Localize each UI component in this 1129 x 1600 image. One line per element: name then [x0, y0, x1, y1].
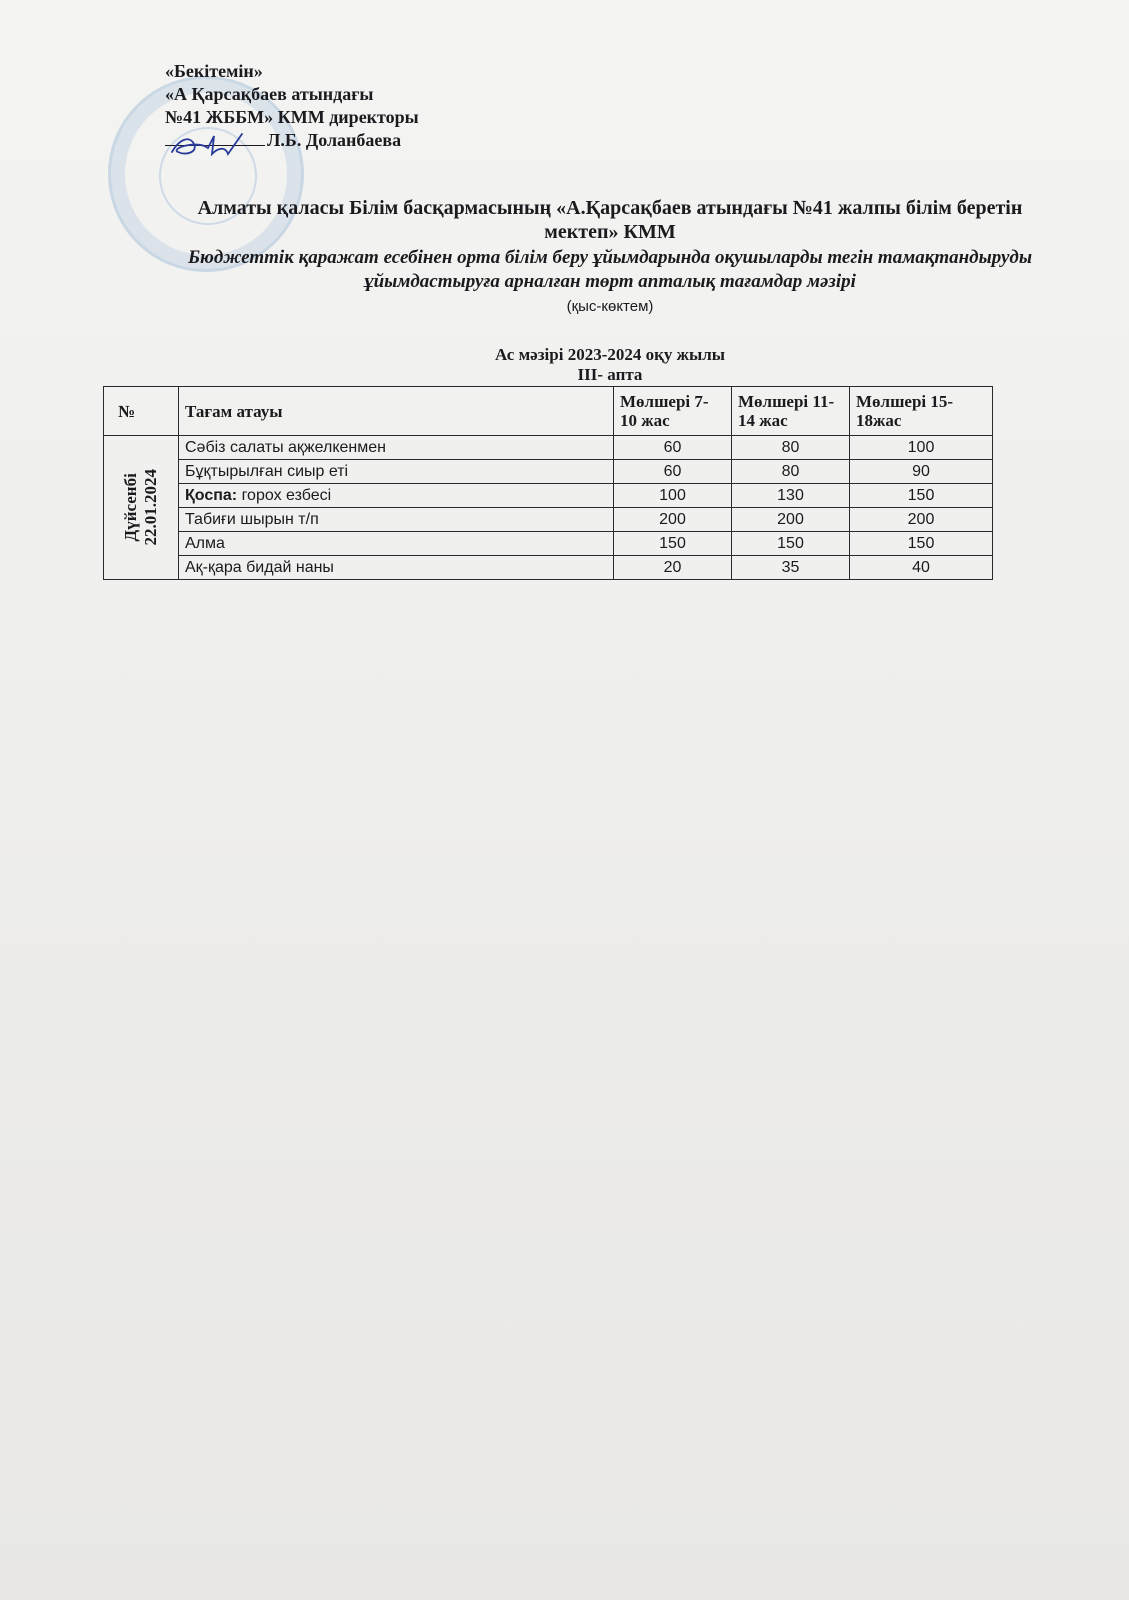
quantity-cell: 200 — [614, 508, 732, 532]
dish-label: Сәбіз салаты ақжелкенмен — [185, 439, 386, 456]
organization-title: Алматы қаласы Білім басқармасының «А.Қар… — [160, 196, 1060, 244]
season-label: (қыс-көктем) — [160, 298, 1060, 315]
day-name: Дүйсенбі — [121, 469, 141, 546]
dish-label: Ақ-қара бидай наны — [185, 559, 334, 576]
table-row: Дүйсенбі22.01.2024Сәбіз салаты ақжелкенм… — [104, 436, 993, 460]
table-row: Бұқтырылған сиыр еті608090 — [104, 460, 993, 484]
dish-name: Бұқтырылған сиыр еті — [179, 460, 614, 484]
dish-name: Қоспа: горох езбесі — [179, 484, 614, 508]
dish-name: Сәбіз салаты ақжелкенмен — [179, 436, 614, 460]
week-label: ІІІ- апта — [300, 365, 920, 385]
table-row: Қоспа: горох езбесі100130150 — [104, 484, 993, 508]
quantity-cell: 60 — [614, 436, 732, 460]
dish-name: Алма — [179, 532, 614, 556]
quantity-cell: 150 — [614, 532, 732, 556]
quantity-cell: 150 — [732, 532, 850, 556]
document-header: Алматы қаласы Білім басқармасының «А.Қар… — [160, 196, 1060, 315]
dish-prefix: Қоспа: — [185, 487, 237, 504]
quantity-cell: 200 — [850, 508, 993, 532]
header-qty-7-10: Мөлшері 7-10 жас — [614, 387, 732, 436]
table-header-row: № Тағам атауы Мөлшері 7-10 жас Мөлшері 1… — [104, 387, 993, 436]
quantity-cell: 150 — [850, 532, 993, 556]
header-num: № — [104, 387, 179, 436]
dish-label: Табиғи шырын т/п — [185, 511, 319, 528]
header-dish: Тағам атауы — [179, 387, 614, 436]
signatory-name: Л.Б. Доланбаева — [267, 130, 401, 150]
quantity-cell: 100 — [614, 484, 732, 508]
header-qty-15-18: Мөлшері 15-18жас — [850, 387, 993, 436]
day-cell: Дүйсенбі22.01.2024 — [104, 436, 179, 580]
dish-label: горох езбесі — [237, 487, 331, 504]
menu-year: Ас мәзірі 2023-2024 оқу жылы — [300, 345, 920, 365]
day-date: 22.01.2024 — [141, 469, 161, 546]
menu-purpose: Бюджеттік қаражат есебінен орта білім бе… — [160, 246, 1060, 294]
quantity-cell: 40 — [850, 556, 993, 580]
menu-table: № Тағам атауы Мөлшері 7-10 жас Мөлшері 1… — [103, 386, 993, 580]
dish-name: Табиғи шырын т/п — [179, 508, 614, 532]
quantity-cell: 130 — [732, 484, 850, 508]
dish-label: Алма — [185, 535, 225, 552]
quantity-cell: 80 — [732, 436, 850, 460]
signature-icon — [168, 130, 258, 160]
dish-label: Бұқтырылған сиыр еті — [185, 463, 348, 480]
dish-name: Ақ-қара бидай наны — [179, 556, 614, 580]
quantity-cell: 150 — [850, 484, 993, 508]
quantity-cell: 100 — [850, 436, 993, 460]
quantity-cell: 200 — [732, 508, 850, 532]
approval-line: «Бекітемін» — [165, 60, 419, 83]
approval-line: №41 ЖББМ» КММ директоры — [165, 106, 419, 129]
menu-title: Ас мәзірі 2023-2024 оқу жылы ІІІ- апта — [300, 345, 920, 385]
quantity-cell: 60 — [614, 460, 732, 484]
quantity-cell: 35 — [732, 556, 850, 580]
table-row: Алма150150150 — [104, 532, 993, 556]
header-qty-11-14: Мөлшері 11-14 жас — [732, 387, 850, 436]
approval-line: «А Қарсақбаев атындағы — [165, 83, 419, 106]
table-row: Ақ-қара бидай наны203540 — [104, 556, 993, 580]
quantity-cell: 90 — [850, 460, 993, 484]
table-row: Табиғи шырын т/п200200200 — [104, 508, 993, 532]
quantity-cell: 80 — [732, 460, 850, 484]
quantity-cell: 20 — [614, 556, 732, 580]
